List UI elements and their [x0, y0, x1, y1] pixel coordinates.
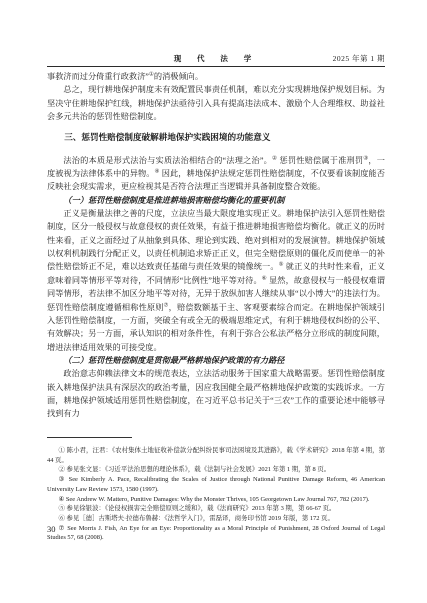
footnote-item: ① 陈小君，汪君：《农村集体土地征收补偿款分配纠纷民事司法困境及其进路》，载《学… — [47, 446, 385, 465]
subsection-heading-2: （二）惩罚性赔偿制度是贯彻最严格耕地保护政策的有力路径 — [47, 354, 385, 367]
footnote-item: ⑤ 参见徐银波：《论侵权损害完全赔偿原则之缓和》，载《法商研究》2013 年第 … — [47, 504, 385, 514]
subsection-1-paragraph: 正义是衡量法律之善的尺度，立法应当最大限度地实现正义。耕地保护法引入惩罚性赔偿制… — [47, 207, 385, 354]
intro-paragraph: 法治的本质是形式法治与实质法治相结合的“法理之治”。② 惩罚性赔偿属于准刑罚③，… — [47, 154, 385, 194]
page-header: 现 代 法 学 2025 年第 1 期 — [47, 53, 385, 65]
journal-title: 现 代 法 学 — [174, 54, 259, 63]
subsection-heading-1: （一）惩罚性赔偿制度是推进耕地损害赔偿均衡化的重要机制 — [47, 194, 385, 207]
summary-paragraph: 总之，现行耕地保护制度未有效配置民事责任机制，难以充分实现耕地保护规划目标。为坚… — [47, 83, 385, 123]
continued-paragraph: 事救济而过分倚重行政救济”①的消极倾向。 — [47, 70, 385, 83]
journal-page: 现 代 法 学 2025 年第 1 期 事救济而过分倚重行政救济”①的消极倾向。… — [0, 0, 427, 603]
page-number: 30 — [47, 524, 56, 534]
issue-label: 2025 年第 1 期 — [333, 53, 385, 64]
footnote-item: ② 参见张文显：《习近平法治思想的理论体系》，载《法制与社会发展》2021 年第… — [47, 465, 385, 475]
subsection-2-paragraph: 政治意志仰赖法律文本的规范表达，立法活动服务于国家重大战略需要。惩罚性赔偿制度嵌… — [47, 367, 385, 420]
footnote-item: ④ See Andrew W. Mattero, Punitive Damage… — [47, 495, 385, 505]
footnotes-section: ① 陈小君，汪君：《农村集体土地征收补偿款分配纠纷民事司法困境及其进路》，载《学… — [47, 437, 385, 543]
header-rule — [47, 66, 385, 67]
footnote-separator — [47, 437, 132, 438]
footnote-item: ⑥ 参见［德］古斯塔夫·拉德布鲁赫：《法哲学入门》，雷磊译，商务印书馆 2019… — [47, 514, 385, 524]
footnote-item: ③ See Kimberly A. Pace, Recalibrating th… — [47, 475, 385, 494]
footnote-item: ⑦ See Morris J. Fish, An Eye for an Eye:… — [47, 524, 385, 543]
article-body: 事救济而过分倚重行政救济”①的消极倾向。 总之，现行耕地保护制度未有效配置民事责… — [47, 70, 385, 421]
section-heading: 三、惩罚性赔偿制度破解耕地保护实践困境的功能意义 — [47, 131, 385, 144]
